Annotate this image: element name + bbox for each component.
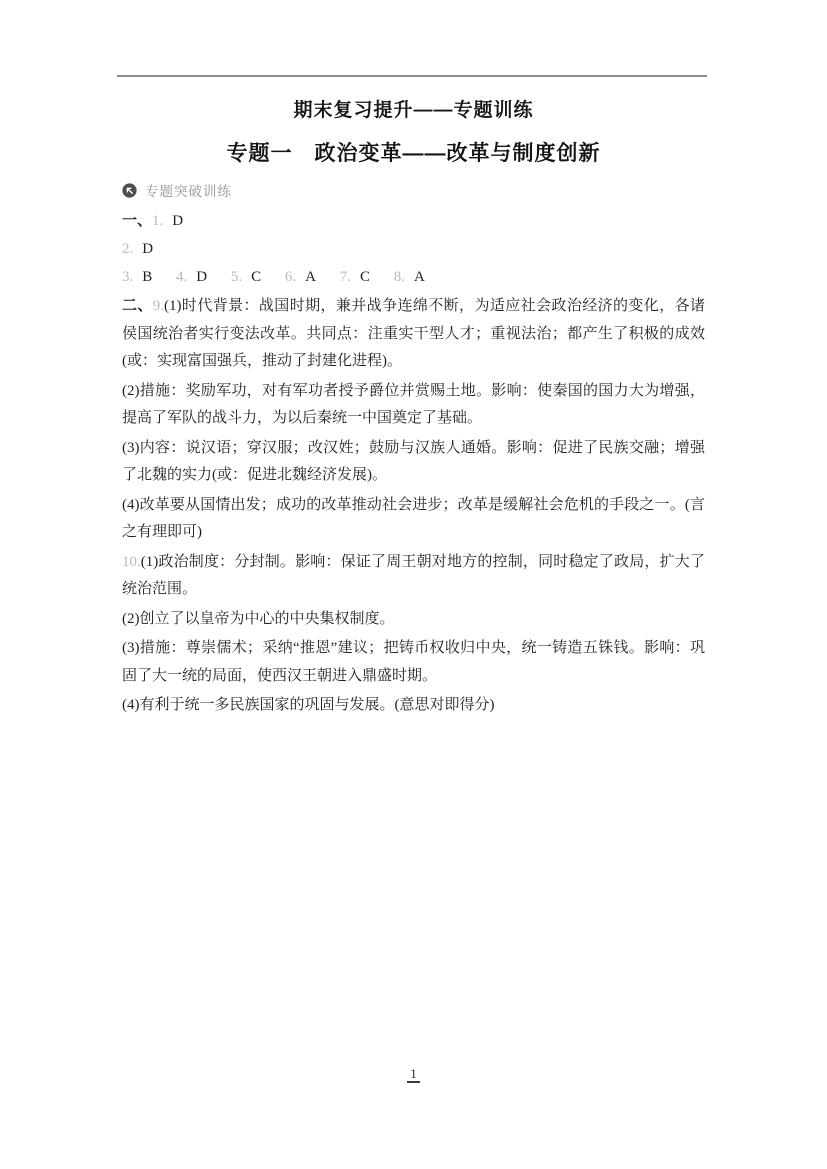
choice-pair: 8.A	[394, 263, 425, 291]
choice-pair: 3.B	[122, 263, 152, 291]
answer-letter: C	[251, 269, 261, 285]
question-number: 6.	[285, 269, 296, 285]
answer-letter: A	[414, 269, 425, 285]
page-title: 期末复习提升——专题训练	[122, 98, 705, 124]
page-subtitle: 专题一 政治变革——改革与制度创新	[122, 140, 705, 168]
answer-letter: D	[172, 213, 183, 229]
document-page: 期末复习提升——专题训练 专题一 政治变革——改革与制度创新 专题突破训练 一、…	[0, 0, 827, 1169]
essay-q9-p4: (4)改革要从国情出发；成功的改革推动社会进步；改革是缓解社会危机的手段之一。(…	[122, 492, 705, 547]
essay-q9-p1: 二、9.(1)时代背景：战国时期，兼并战争连绵不断，为适应社会政治经济的变化，各…	[122, 292, 705, 376]
choice-pair: 1.D	[152, 207, 183, 235]
choice-row-3: 3.B 4.D 5.C 6.A 7.C 8.A	[122, 263, 705, 291]
answer-text: (1)政治制度：分封制。影响：保证了周王朝对地方的控制，同时稳定了政局，扩大了统…	[122, 554, 705, 598]
essay-q10-p3: (3)措施：尊崇儒术；采纳“推恩”建议；把铸币权收归中央，统一铸造五铢钱。影响：…	[122, 635, 705, 690]
section-header: 专题突破训练	[122, 180, 705, 200]
question-number: 10.	[122, 554, 141, 570]
choice-pair: 7.C	[340, 263, 370, 291]
answer-text: (4)改革要从国情出发；成功的改革推动社会进步；改革是缓解社会危机的手段之一。(…	[122, 497, 705, 541]
essay-q10-p4: (4)有利于统一多民族国家的巩固与发展。(意思对即得分)	[122, 692, 705, 720]
answer-text: (2)创立了以皇帝为中心的中央集权制度。	[122, 611, 395, 627]
essay-q10-p2: (2)创立了以皇帝为中心的中央集权制度。	[122, 606, 705, 634]
answer-text: (3)内容：说汉语；穿汉服；改汉姓；鼓励与汉族人通婚。影响：促进了民族交融；增强…	[122, 440, 705, 484]
question-number: 2.	[122, 241, 133, 257]
part-one-prefix: 一、	[122, 212, 152, 229]
choice-pair: 5.C	[231, 263, 261, 291]
essay-q9-p3: (3)内容：说汉语；穿汉服；改汉姓；鼓励与汉族人通婚。影响：促进了民族交融；增强…	[122, 435, 705, 490]
page-number: 1	[0, 1066, 827, 1083]
choice-pair: 6.A	[285, 263, 316, 291]
answer-letter: A	[305, 269, 316, 285]
choice-pair: 4.D	[176, 263, 207, 291]
answer-letter: B	[142, 269, 152, 285]
page-content: 期末复习提升——专题训练 专题一 政治变革——改革与制度创新 专题突破训练 一、…	[0, 75, 827, 720]
answer-letter: D	[142, 241, 153, 257]
essay-answers: 二、9.(1)时代背景：战国时期，兼并战争连绵不断，为适应社会政治经济的变化，各…	[122, 292, 705, 720]
question-number: 7.	[340, 269, 351, 285]
answer-letter: D	[196, 269, 207, 285]
question-number: 3.	[122, 269, 133, 285]
question-number: 8.	[394, 269, 405, 285]
answer-text: (1)时代背景：战国时期，兼并战争连绵不断，为适应社会政治经济的变化，各诸侯国统…	[122, 298, 705, 369]
answer-text: (4)有利于统一多民族国家的巩固与发展。(意思对即得分)	[122, 697, 494, 713]
question-number: 1.	[152, 213, 163, 229]
answer-text: (2)措施：奖励军功，对有军功者授予爵位并赏赐土地。影响：使秦国的国力大为增强，…	[122, 383, 705, 427]
choice-row-2: 2.D	[122, 235, 705, 263]
arrow-up-left-circle-icon	[122, 183, 137, 198]
essay-q10-p1: 10.(1)政治制度：分封制。影响：保证了周王朝对地方的控制，同时稳定了政局，扩…	[122, 549, 705, 604]
answer-text: (3)措施：尊崇儒术；采纳“推恩”建议；把铸币权收归中央，统一铸造五铢钱。影响：…	[122, 640, 705, 684]
part-two-prefix: 二、	[122, 297, 153, 314]
question-number: 9.	[153, 298, 164, 314]
question-number: 5.	[231, 269, 242, 285]
essay-q9-p2: (2)措施：奖励军功，对有军功者授予爵位并赏赐土地。影响：使秦国的国力大为增强，…	[122, 378, 705, 433]
header-rule	[117, 75, 707, 77]
choice-answers: 一、1.D 2.D 3.B 4.D 5.C 6.A 7.C 8.A	[122, 207, 705, 291]
choice-row-1: 一、1.D	[122, 207, 705, 235]
choice-pair: 2.D	[122, 235, 153, 263]
section-label: 专题突破训练	[145, 180, 232, 200]
question-number: 4.	[176, 269, 187, 285]
answer-letter: C	[360, 269, 370, 285]
